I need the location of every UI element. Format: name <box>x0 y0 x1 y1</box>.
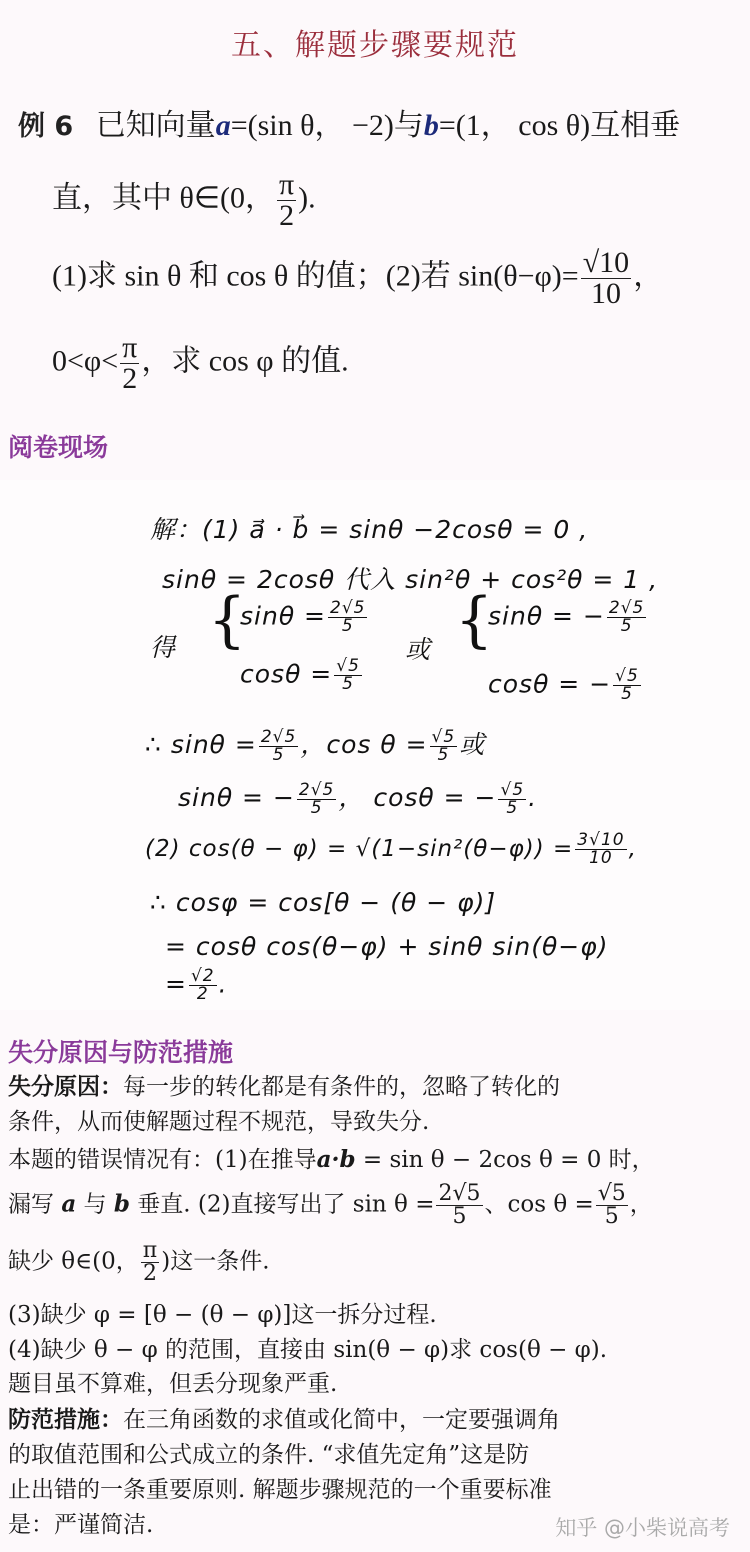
hand-line-7: ∴ cosφ = cos[θ − (θ − φ)] <box>150 888 496 917</box>
hand-de: 得 <box>150 628 176 664</box>
hand-text: ，cos θ = <box>300 730 427 759</box>
numerator: π <box>141 1240 159 1263</box>
numerator: π <box>277 170 296 201</box>
vector-a: a <box>216 109 231 142</box>
problem-text: 0<φ< <box>52 344 118 377</box>
numerator: 2√5 <box>436 1183 482 1206</box>
hand-text: . <box>528 783 537 812</box>
hand-text: (2) cos(θ − φ) = √(1−sin²(θ−φ)) = <box>145 836 573 862</box>
hand-or: 或 <box>405 630 431 666</box>
denominator: 5 <box>436 1206 482 1228</box>
denominator: 10 <box>581 279 631 309</box>
hand-text: ∴ sinθ = <box>145 730 257 759</box>
prevent-line-2: 的取值范围和公式成立的条件. “求值先定角”这是防 <box>8 1436 529 1469</box>
analysis-text: = sin θ − 2cos θ = 0 时， <box>356 1147 655 1173</box>
denominator: 5 <box>334 676 362 693</box>
numerator: √5 <box>498 782 526 800</box>
problem-text: 已知向量 <box>96 109 216 142</box>
fraction: 2√55 <box>328 600 367 635</box>
hand-line-5: sinθ = −2√55， cosθ = −√55. <box>178 778 537 817</box>
prevent-line-3: 止出错的一条重要原则. 解题步骤规范的一个重要标准 <box>8 1471 552 1504</box>
hand-text: , <box>629 836 637 862</box>
numerator: √10 <box>581 248 631 279</box>
hand-text: . <box>219 970 228 999</box>
cause-line-1: 失分原因：每一步的转化都是有条件的，忽略了转化的 <box>8 1068 560 1101</box>
hand-text: cosθ = − <box>488 670 611 699</box>
problem-text: =(1， cos θ)互相垂 <box>439 109 680 142</box>
denominator: 5 <box>613 686 641 703</box>
problem-line-3: (1)求 sin θ 和 cos θ 的值；(2)若 sin(θ−φ)=√101… <box>52 248 663 309</box>
fraction: π2 <box>120 333 139 394</box>
fraction: √55 <box>613 668 641 703</box>
error-line-4: (3)缺少 φ = [θ − (θ − φ)]这一拆分过程. <box>8 1296 437 1329</box>
hand-line-8: = cosθ cos(θ−φ) + sinθ sin(θ−φ) <box>165 932 608 961</box>
fraction: 2√55 <box>607 600 646 635</box>
analysis-text: 、cos θ = <box>485 1192 594 1218</box>
hand-text: cosθ = <box>240 660 332 689</box>
numerator: 2√5 <box>259 729 298 747</box>
numerator: √5 <box>430 729 458 747</box>
watermark: 知乎 @小柴说高考 <box>555 1512 730 1542</box>
fraction: π2 <box>141 1240 159 1285</box>
prevent-line-4: 是：严谨简洁. <box>8 1506 153 1539</box>
numerator: 2√5 <box>297 782 336 800</box>
fraction: π2 <box>277 170 296 231</box>
analysis-text: ， <box>630 1192 653 1218</box>
hand-text: ， cosθ = − <box>338 783 496 812</box>
problem-line-4: 0<φ<π2，求 cos φ 的值. <box>52 333 349 394</box>
prevent-label: 防范措施： <box>8 1407 123 1433</box>
numerator: √5 <box>596 1183 628 1206</box>
denominator: 5 <box>596 1206 628 1228</box>
hand-text: 或 <box>459 730 485 759</box>
denominator: 5 <box>498 800 526 817</box>
error-line-2: 漏写 a 与 b 垂直. (2)直接写出了 sin θ =2√55、cos θ … <box>8 1183 653 1228</box>
fraction: √22 <box>189 968 217 1003</box>
problem-text: ，求 cos φ 的值. <box>141 344 348 377</box>
problem-line-1: 例 6 已知向量a=(sin θ， −2)与b=(1， cos θ)互相垂 <box>18 108 680 144</box>
denominator: 10 <box>575 850 626 867</box>
fraction: 2√55 <box>297 782 336 817</box>
hand-case-a-sin: sinθ =2√55 <box>240 600 369 635</box>
hand-case-a-cos: cosθ =√55 <box>240 658 364 693</box>
denominator: 2 <box>141 1263 159 1285</box>
error-line-1: 本题的错误情况有：(1)在推导a·b = sin θ − 2cos θ = 0 … <box>8 1141 655 1174</box>
denominator: 5 <box>607 618 646 635</box>
example-label: 例 6 <box>18 111 73 142</box>
cause-line-2: 条件，从而使解题过程不规范，导致失分. <box>8 1103 429 1136</box>
hand-line-1: 解：(1) a⃗ · b⃗ = sinθ −2cosθ = 0 , <box>150 510 588 546</box>
problem-text: 直，其中 θ∈(0， <box>52 181 275 214</box>
numerator: π <box>120 333 139 364</box>
denominator: 2 <box>189 986 217 1003</box>
error-line-6: 题目虽不算难，但丢分现象严重. <box>8 1365 337 1398</box>
fraction: 2√55 <box>259 729 298 764</box>
analysis-text: 缺少 θ∈(0， <box>8 1249 139 1275</box>
denominator: 5 <box>430 747 458 764</box>
analysis-text: 与 <box>76 1192 114 1218</box>
cause-label: 失分原因： <box>8 1074 123 1100</box>
analysis-text: 本题的错误情况有：(1)在推导 <box>8 1147 317 1173</box>
hand-case-b-cos: cosθ = −√55 <box>488 668 643 703</box>
section-heading-review: 阅卷现场 <box>8 428 108 464</box>
problem-text: =(sin θ， −2)与 <box>231 109 424 142</box>
problem-text: (1)求 sin θ 和 cos θ 的值；(2)若 sin(θ−φ)= <box>52 259 579 292</box>
hand-line-6: (2) cos(θ − φ) = √(1−sin²(θ−φ)) =3√1010, <box>145 832 637 867</box>
vector-b: b <box>424 109 439 142</box>
analysis-text: 漏写 <box>8 1192 61 1218</box>
error-line-5: (4)缺少 θ − φ 的范围，直接由 sin(θ − φ)求 cos(θ − … <box>8 1331 607 1364</box>
page-title: 五、解题步骤要规范 <box>0 20 750 64</box>
hand-text: = <box>165 970 187 999</box>
fraction: √55 <box>334 658 362 693</box>
hand-text: sinθ = − <box>488 602 605 631</box>
problem-text: ， <box>633 259 663 292</box>
analysis-text: 垂直. (2)直接写出了 sin θ = <box>130 1192 435 1218</box>
hand-case-b-sin: sinθ = −2√55 <box>488 600 648 635</box>
hand-line-9: =√22. <box>165 968 228 1003</box>
denominator: 5 <box>328 618 367 635</box>
denominator: 2 <box>277 201 296 231</box>
fraction: √55 <box>430 729 458 764</box>
vector-dot-product: a·b <box>317 1146 356 1173</box>
denominator: 5 <box>259 747 298 764</box>
fraction: √55 <box>498 782 526 817</box>
analysis-text: 每一步的转化都是有条件的，忽略了转化的 <box>123 1074 560 1100</box>
analysis-text: )这一条件. <box>161 1249 269 1275</box>
hand-line-4: ∴ sinθ =2√55，cos θ =√55或 <box>145 725 485 764</box>
section-heading-causes: 失分原因与防范措施 <box>8 1033 233 1069</box>
prevent-line-1: 防范措施：在三角函数的求值或化简中，一定要强调角 <box>8 1401 560 1434</box>
fraction: 2√55 <box>436 1183 482 1228</box>
problem-text: ). <box>298 181 316 214</box>
denominator: 5 <box>297 800 336 817</box>
handwritten-solution: 解：(1) a⃗ · b⃗ = sinθ −2cosθ = 0 , sinθ =… <box>0 480 750 1010</box>
denominator: 2 <box>120 364 139 394</box>
problem-line-2: 直，其中 θ∈(0，π2). <box>52 170 316 231</box>
analysis-text: 在三角函数的求值或化简中，一定要强调角 <box>123 1407 560 1433</box>
fraction: √55 <box>596 1183 628 1228</box>
fraction: 3√1010 <box>575 832 626 867</box>
hand-text: sinθ = <box>240 602 326 631</box>
vector-b: b <box>114 1191 130 1218</box>
hand-text: sinθ = − <box>178 783 295 812</box>
error-line-3: 缺少 θ∈(0，π2)这一条件. <box>8 1240 270 1285</box>
vector-a: a <box>61 1191 76 1218</box>
fraction: √1010 <box>581 248 631 309</box>
